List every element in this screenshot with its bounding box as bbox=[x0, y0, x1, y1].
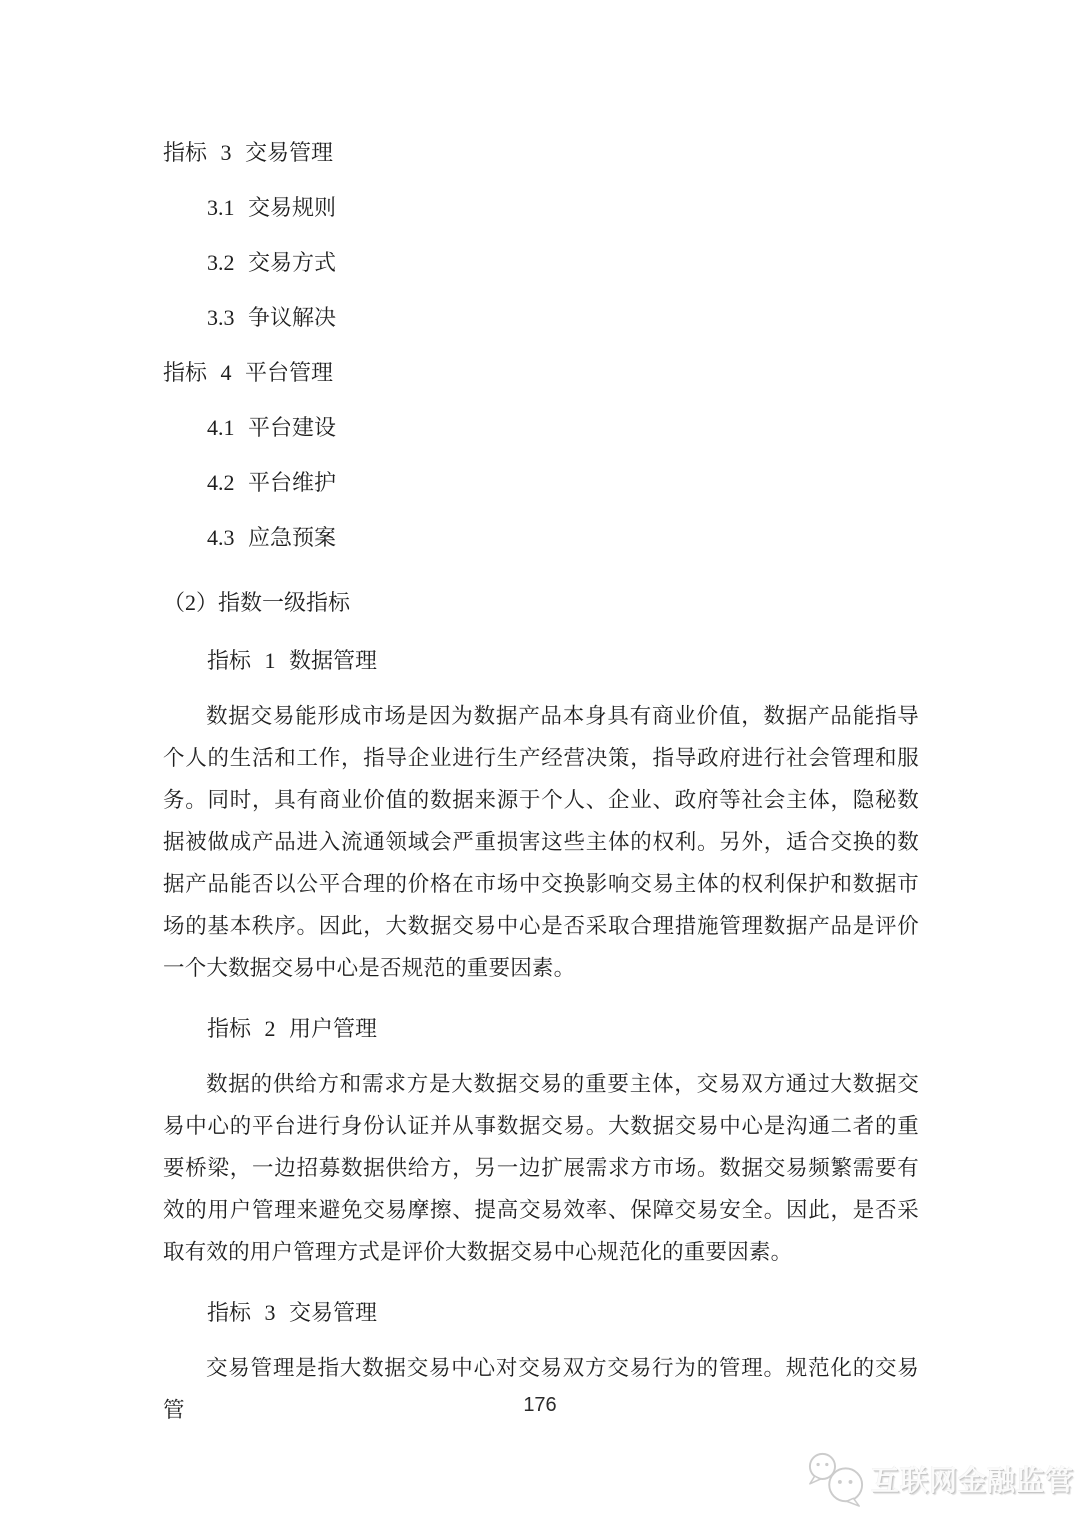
subsection-heading: 指标 1 数据管理 bbox=[163, 648, 919, 674]
outline-item: 3.2 交易方式 bbox=[163, 250, 919, 276]
paragraph: 数据交易能形成市场是因为数据产品本身具有商业价值，数据产品能指导个人的生活和工作… bbox=[163, 695, 919, 989]
watermark-text: 互联网金融监管 bbox=[871, 1459, 1074, 1499]
subsection-heading: 指标 2 用户管理 bbox=[163, 1016, 919, 1042]
outline-item: 指标 4 平台管理 bbox=[163, 360, 919, 386]
paragraph: 数据的供给方和需求方是大数据交易的重要主体，交易双方通过大数据交易中心的平台进行… bbox=[163, 1063, 919, 1273]
paragraph: 交易管理是指大数据交易中心对交易双方交易行为的管理。规范化的交易管 bbox=[163, 1347, 919, 1431]
document-page: 指标 3 交易管理 3.1 交易规则 3.2 交易方式 3.3 争议解决 指标 … bbox=[0, 0, 1080, 1527]
outline-item: 4.1 平台建设 bbox=[163, 415, 919, 441]
outline-item: 4.3 应急预案 bbox=[163, 525, 919, 551]
page-footer: 176 bbox=[0, 1394, 1080, 1417]
subsection-heading: 指标 3 交易管理 bbox=[163, 1300, 919, 1326]
page-content: 指标 3 交易管理 3.1 交易规则 3.2 交易方式 3.3 争议解决 指标 … bbox=[163, 140, 919, 1431]
outline-item: 指标 3 交易管理 bbox=[163, 140, 919, 166]
outline-item: 3.1 交易规则 bbox=[163, 195, 919, 221]
wechat-icon bbox=[806, 1450, 866, 1508]
page-number: 176 bbox=[523, 1394, 556, 1416]
outline-item: 3.3 争议解决 bbox=[163, 305, 919, 331]
watermark: 互联网金融监管 bbox=[806, 1450, 1074, 1508]
section-heading: （2）指数一级指标 bbox=[163, 590, 919, 616]
outline-item: 4.2 平台维护 bbox=[163, 470, 919, 496]
